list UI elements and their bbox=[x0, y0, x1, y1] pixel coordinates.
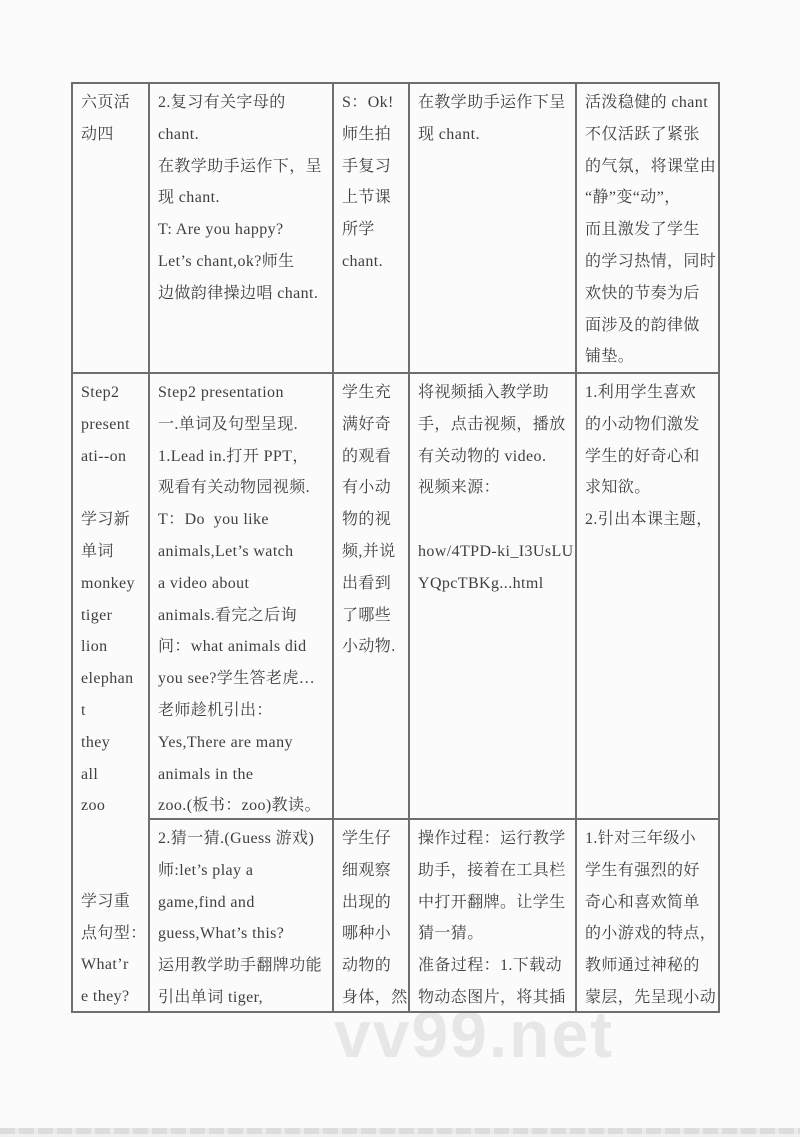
cell-step-row1: 六页活 动四 bbox=[73, 84, 150, 374]
cell-step-row2: Step2 present ati--on 学习新 单词 monkey tige… bbox=[73, 374, 150, 1013]
cell-student-activity-row3: 学生仔 细观察 出现的 哪种小 动物的 身体，然 bbox=[334, 820, 410, 1013]
cell-student-activity-row2: 学生充 满好奇 的观看 有小动 物的视 频,并说 出看到 了哪些 小动物. bbox=[334, 374, 410, 820]
cell-design-intent-row3: 1.针对三年级小 学生有强烈的好 奇心和喜欢简单 的小游戏的特点， 教师通过神秘… bbox=[577, 820, 720, 1013]
cell-teacher-activity-row2: Step2 presentation 一.单词及句型呈现. 1.Lead in.… bbox=[150, 374, 334, 820]
cell-student-activity-row1: S：Ok! 师生拍 手复习 上节课 所学 chant. bbox=[334, 84, 410, 374]
lesson-plan-table: 六页活 动四 2.复习有关字母的 chant. 在教学助手运作下，呈 现 cha… bbox=[71, 82, 720, 1013]
cell-teacher-activity-row1: 2.复习有关字母的 chant. 在教学助手运作下，呈 现 chant. T: … bbox=[150, 84, 334, 374]
cell-design-intent-row1: 活泼稳健的 chant 不仅活跃了紧张 的气氛，将课堂由 “静”变“动”， 而且… bbox=[577, 84, 720, 374]
cell-technology-use-row2: 将视频插入教学助 手，点击视频，播放 有关动物的 video. 视频来源： ho… bbox=[410, 374, 577, 820]
cell-technology-use-row3: 操作过程：运行教学 助手，接着在工具栏 中打开翻牌。让学生 猜一猜。 准备过程：… bbox=[410, 820, 577, 1013]
cell-teacher-activity-row3: 2.猜一猜.(Guess 游戏) 师:let’s play a game,fin… bbox=[150, 820, 334, 1013]
document-page: vv99.net 六页活 动四 2.复习有关字母的 chant. 在教学助手运作… bbox=[0, 0, 800, 1137]
cell-design-intent-row2: 1.利用学生喜欢 的小动物们激发 学生的好奇心和 求知欲。 2.引出本课主题， bbox=[577, 374, 720, 820]
cell-technology-use-row1: 在教学助手运作下呈 现 chant. bbox=[410, 84, 577, 374]
